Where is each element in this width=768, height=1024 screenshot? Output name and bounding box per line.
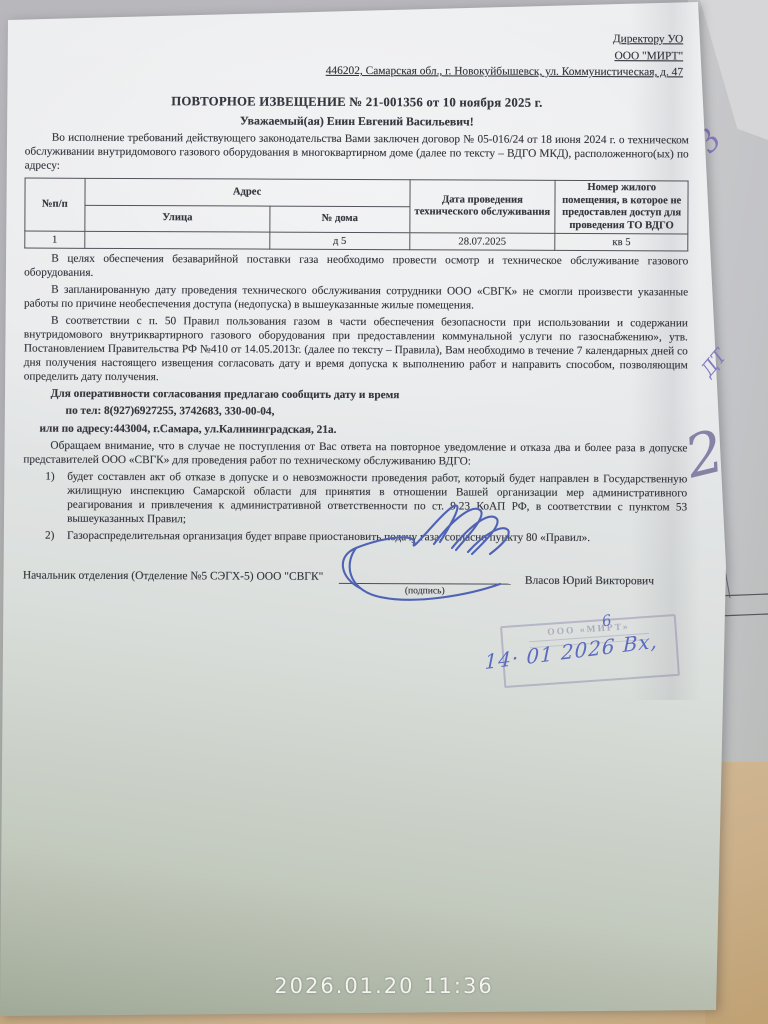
cell-date: 28.07.2025: [409, 233, 555, 251]
col-header-apartment: Номер жилого помещения, в которое не пре…: [555, 180, 688, 234]
camera-timestamp: 2026.01.20 11:36: [0, 974, 768, 998]
table-row: 1 д 5 28.07.2025 кв 5: [25, 231, 688, 251]
recipient-block: Директору УО ООО "МИРТ" 446202, Самарска…: [25, 29, 689, 81]
recipient-line-3: 446202, Самарская обл., г. Новокуйбышевс…: [25, 62, 683, 81]
cell-apartment: кв 5: [555, 233, 688, 251]
paragraph-rules: В соответствии с п. 50 Правил пользовани…: [24, 314, 688, 387]
notice-title: ПОВТОРНОЕ ИЗВЕЩЕНИЕ № 21-001356 от 10 но…: [25, 93, 689, 112]
signer-position: Начальник отделения (Отделение №5 СЭГХ-5…: [23, 569, 325, 597]
contact-address-line: или по адресу:443004, г.Самара, ул.Калин…: [39, 422, 687, 439]
handwritten-incoming-number: 6: [600, 611, 613, 630]
intro-paragraph: Во исполнение требований действующего за…: [25, 131, 689, 176]
col-header-street: Улица: [85, 205, 271, 232]
notice-greeting: Уважаемый(ая) Енин Евгений Васильевич!: [25, 113, 689, 131]
contact-phone-line: по тел: 8(927)6927255, 3742683, 330-00-0…: [66, 404, 688, 421]
address-table: №п/п Адрес Дата проведения технического …: [24, 178, 688, 252]
cell-house: д 5: [270, 232, 409, 250]
col-header-address: Адрес: [85, 178, 410, 206]
list-item-2-number: 2): [45, 529, 54, 543]
paragraph-gas-safety: В целях обеспечения безаварийной поставк…: [24, 252, 688, 283]
handwritten-signature-ink: [322, 492, 552, 610]
list-item-1-number: 1): [45, 470, 54, 484]
warning-paragraph: Обращаем внимание, что в случае не посту…: [23, 439, 687, 470]
col-header-date: Дата проведения технического обслуживани…: [409, 180, 555, 234]
col-header-house: № дома: [270, 206, 409, 233]
cell-street: [84, 231, 270, 249]
incoming-stamp: ООО «МИРТ» 6 14· 01 2026 Вх,: [500, 614, 680, 688]
cell-num: 1: [25, 231, 85, 248]
contact-intro-line: Для оперативности согласования предлагаю…: [24, 387, 688, 404]
paragraph-planned-date: В запланированную дату проведения технич…: [24, 283, 688, 314]
col-header-num: №п/п: [25, 178, 85, 231]
